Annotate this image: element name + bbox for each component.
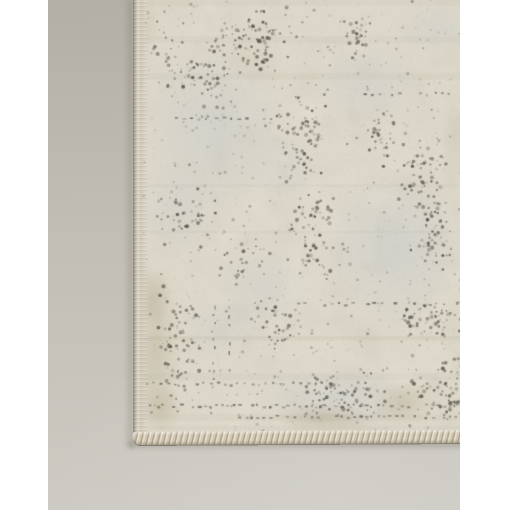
rug-pile-texture: [133, 0, 460, 432]
rug: [133, 0, 460, 448]
page: { "scene": { "alt": "Corner of a distres…: [0, 0, 510, 510]
rug-left-binding-edge: [133, 0, 148, 434]
rug-bottom-serged-edge: [133, 430, 460, 445]
rug-left-cast-shadow: [124, 0, 133, 448]
rug-product-photo: [48, 0, 460, 510]
